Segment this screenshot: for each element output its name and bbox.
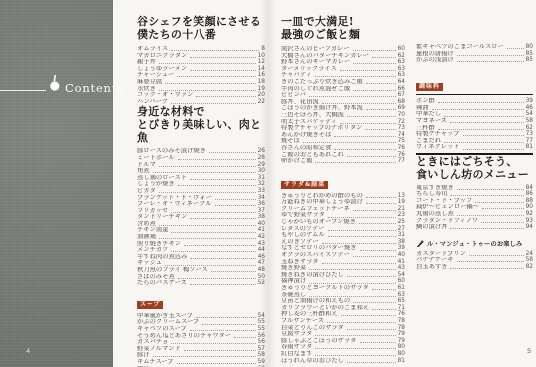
recipe-title: もやしのナムル [281, 232, 325, 239]
recipe-title: 豚丼、花田流 [281, 99, 319, 106]
toc-list-treats: カスタードプリン24バナナケーキ58白玉あずき82 [416, 251, 533, 271]
toc-item: バナナケーキ58 [416, 257, 533, 264]
toc-item: 焼きねぎの漬けびたし54 [281, 272, 405, 279]
dotted-leader [366, 203, 396, 204]
toc-item: ターメリックライス63 [281, 66, 405, 73]
page-number: 67 [398, 92, 405, 99]
recipe-title: 水炊き [137, 86, 156, 93]
dotted-leader [366, 109, 396, 110]
toc-item: ポン酢39 [416, 98, 533, 105]
dotted-leader [353, 63, 395, 64]
toc-item: 豚ロースのみそ漬け焼き26 [137, 148, 265, 155]
page-number: 77 [526, 138, 533, 145]
dotted-leader [159, 192, 256, 193]
dotted-leader [328, 217, 396, 218]
dotted-leader [315, 348, 395, 349]
recipe-title: ドルマ [137, 162, 156, 169]
dotted-leader [372, 309, 395, 310]
toc-item: もやしのナムル31 [281, 232, 405, 239]
recipe-title: 豚汁 [137, 352, 150, 359]
toc-item: 野菜ノルマンド57 [137, 346, 265, 353]
toc-list-specialties: オムライス8マカロニグラタン10親子丼12しょうゆラーメン14チャーシュー16麻… [137, 46, 265, 105]
page-number: 60 [398, 278, 405, 285]
dotted-leader [444, 116, 523, 117]
page-number: 94 [526, 224, 533, 231]
toc-item: ヴィネグレット81 [416, 144, 533, 151]
page-number: 21 [398, 206, 405, 213]
dotted-leader [309, 96, 396, 97]
toc-item: 牛すね肉の煮込み46 [137, 254, 265, 261]
section-title-specialties: 谷シェフを笑顔にさせる 僕たちの十八番 [137, 15, 265, 41]
page-number: 76 [398, 152, 405, 159]
toc-item: 麻婆豆腐18 [137, 79, 265, 86]
page-number: 69 [398, 105, 405, 112]
page-number: 19 [398, 199, 405, 206]
recipe-title: かぶの浅漬け [416, 57, 454, 64]
recipe-title: 蒸し鶏のロースト [137, 175, 187, 182]
toc-item: マカロニグラタン10 [137, 53, 265, 60]
recipe-title: ピカタ [137, 188, 156, 195]
page-number: 63 [398, 59, 405, 66]
toc-item: 丸鶏の蒸し煮92 [416, 211, 533, 218]
left-page-number: 4 [26, 347, 30, 355]
section-title-line: 谷シェフを笑顔にさせる [137, 15, 261, 28]
toc-item: 押し麦の三杯酢和え76 [281, 311, 405, 318]
page-number: 16 [258, 72, 265, 79]
toc-item: 春雨サラダ80 [281, 344, 405, 351]
recipe-title: 白菜とりんごのサラダ [281, 325, 344, 332]
section-title-line: 食いしん坊のメニュー [416, 168, 529, 181]
recipe-title: 中華風かき玉スープ [137, 313, 193, 320]
toc-item: グラタン・ドフィノワ93 [416, 218, 533, 225]
dotted-leader [507, 48, 524, 49]
recipe-title: 豆苗と油揚げの和えもの [281, 298, 350, 305]
page-number: 10 [258, 53, 265, 60]
recipe-title: オムライス [137, 46, 168, 53]
recipe-title: きゅうりとヨーグルトのサラダ [281, 285, 369, 292]
recipe-title: ごまだれ [416, 138, 441, 145]
recipe-title: 野菜ノルマンド [137, 346, 181, 353]
section-title-line: 最強のご飯と麺 [281, 28, 360, 41]
page-number: 81 [398, 358, 405, 365]
recipe-title: クリームフェットチーネ [281, 206, 350, 213]
recipe-title: ゆで野菜サラダ [281, 212, 325, 219]
toc-item: 含め煮40 [137, 221, 265, 228]
page-number: 36 [258, 201, 265, 208]
page-number: 29 [258, 162, 265, 169]
recipe-title: 焼そば [281, 138, 300, 145]
page-number: 39 [526, 98, 533, 105]
recipe-title: 蓮根の唐揚げ [416, 51, 454, 58]
page-number: 77 [398, 158, 405, 165]
recipe-title: 特製ケチャップ [416, 131, 460, 138]
recipe-title: 茶碗蒸し [281, 292, 306, 299]
recipe-title: 押し麦の三杯酢和え [281, 311, 338, 318]
treats-label: ル・マンジュ・トゥーのお楽しみ [427, 239, 522, 248]
toc-list-soup: 中華風かき玉スープ54かぶのクリームスープ55キャベツのスープ55そうめん瓜とあ… [137, 313, 265, 367]
dotted-leader [171, 251, 255, 252]
dotted-leader [353, 302, 395, 303]
recipe-title: 油淋鶏 [137, 234, 156, 241]
dotted-leader [165, 265, 256, 266]
recipe-title: 白玉あずき [416, 264, 447, 271]
section-title-meat-fish: 身近な材料で とびきり美味しい、肉と魚 [137, 105, 265, 144]
page-number: 78 [398, 325, 405, 332]
page-number: 33 [258, 188, 265, 195]
recipe-title: コック・オ・ヴァン [137, 92, 193, 99]
dotted-leader [322, 243, 396, 244]
right-page-number: 5 [527, 347, 531, 355]
recipe-title: 牛肉のしぐれ煮混ぜご飯 [281, 86, 350, 93]
dotted-leader [309, 283, 395, 284]
cover-photo [0, 0, 113, 367]
dotted-leader [432, 109, 524, 110]
page-number: 58 [258, 352, 265, 359]
dotted-leader [359, 223, 396, 224]
dotted-leader [190, 330, 256, 331]
dotted-leader [171, 50, 259, 51]
book-spread: Contents 4 5 谷シェフを笑顔にさせる 僕たちの十八番 オムライス8マ… [0, 0, 536, 367]
toc-item: 秋刀魚のフライ 梅ソース48 [137, 267, 265, 274]
dotted-leader [234, 337, 255, 338]
page-number: 93 [526, 218, 533, 225]
page-number: 59 [258, 359, 265, 366]
dotted-leader [463, 135, 524, 136]
toc-item: チキン南蛮41 [137, 227, 265, 234]
page-number: 80 [398, 351, 405, 358]
page-number: 40 [398, 252, 405, 259]
page-number: 14 [258, 66, 265, 73]
recipe-title: しょうゆラーメン [137, 66, 187, 73]
toc-item: 豚汁58 [137, 352, 265, 359]
toc-item: 白菜とりんごのサラダ78 [281, 325, 405, 332]
section-title-line: とびきり美味しい、肉と魚 [137, 118, 261, 144]
page-number: 19 [258, 86, 265, 93]
toc-list-salad-continued: 紫キャベツのごまコールスロー80蓮根の唐揚げ85かぶの浅漬け85 [416, 44, 533, 64]
page-number: 30 [258, 168, 265, 175]
toc-item: なすとセロリのバター焼き39 [281, 245, 405, 252]
toc-item: しょうが焼き32 [137, 181, 265, 188]
dotted-leader [334, 136, 395, 137]
dotted-leader [215, 199, 256, 200]
dotted-leader [196, 96, 255, 97]
toc-item: ブランケット・ド・ヴォー34 [137, 195, 265, 202]
page-number: 70 [398, 112, 405, 119]
toc-item: ドルマ29 [137, 162, 265, 169]
toc-item: ちらし寿司86 [416, 191, 533, 198]
page-number: 54 [398, 272, 405, 279]
dotted-leader [469, 255, 524, 256]
soup-section-label: スープ [137, 301, 163, 309]
page-number: 44 [258, 247, 265, 254]
toc-item: 玉ねぎサラダ41 [281, 259, 405, 266]
page-number: 80 [398, 344, 405, 351]
toc-item: 三杯酢62 [416, 125, 533, 132]
page-number: 75 [398, 138, 405, 145]
recipe-title: 豆腐サラダ [281, 331, 312, 338]
seasoning-top-rule [416, 94, 533, 96]
contents-label: Contents [65, 81, 124, 95]
recipe-title: ヴィネグレット [416, 144, 460, 151]
recipe-title: 鯛の漬け丼 [416, 224, 447, 231]
pen-icon [416, 239, 425, 248]
toc-item: ゆで野菜サラダ23 [281, 212, 405, 219]
toc-item: ピカタ33 [137, 188, 265, 195]
toc-item: チャーシュー16 [137, 72, 265, 79]
toc-item: 豚しゃぶとごぼうのサラダ79 [281, 338, 405, 345]
recipe-title: 東京すき焼き [416, 185, 454, 192]
toc-item: タンドリーチキン38 [137, 214, 265, 221]
recipe-title: 福神漬け [281, 278, 306, 285]
dotted-leader [190, 57, 255, 58]
dotted-leader [366, 197, 396, 198]
dotted-leader [438, 102, 524, 103]
page-number: 71 [398, 305, 405, 312]
recipe-title: 万能ねぎの中華しょうゆ漬け [281, 199, 363, 206]
left-column: 谷シェフを笑顔にさせる 僕たちの十八番 オムライス8マカロニグラタン10親子丼1… [137, 0, 265, 367]
toc-item: ほうれん草のおひたし81 [281, 358, 405, 365]
dotted-leader [360, 342, 396, 343]
page-number: 28 [258, 155, 265, 162]
toc-item: 豚丼、花田流68 [281, 99, 405, 106]
page-number: 13 [398, 193, 405, 200]
page-number: 57 [258, 346, 265, 353]
right-column: 紫キャベツのごまコールスロー80蓮根の唐揚げ85かぶの浅漬け85 調味料 ポン酢… [416, 0, 533, 270]
toc-item: そうめん瓜とあさりのチャウダー56 [137, 333, 265, 340]
dotted-leader [196, 317, 256, 318]
toc-item: 蒸し鶏のロースト31 [137, 175, 265, 182]
page-number: 54 [258, 313, 265, 320]
saucepan-icon [48, 75, 62, 93]
page-number: 18 [258, 79, 265, 86]
recipe-title: ポン酢 [416, 98, 435, 105]
recipe-title: 紅白なます [281, 351, 312, 358]
recipe-title: あんかけ焼きそば [281, 132, 331, 139]
page-number: 39 [398, 245, 405, 252]
dotted-leader [159, 90, 256, 91]
page-number: 42 [258, 234, 265, 241]
dotted-leader [372, 289, 396, 290]
recipe-title: チャパティ [281, 72, 312, 79]
toc-item: 豆苗と油揚げの和えもの65 [281, 298, 405, 305]
section-title-line: 僕たちの十八番 [137, 28, 216, 41]
recipe-title: ちらし寿司 [416, 191, 447, 198]
recipe-title: 秋刀魚のフライ 梅ソース [137, 267, 208, 274]
page-number: 34 [258, 195, 265, 202]
recipe-title: ブルサンチーズ [281, 318, 324, 325]
page-number: 55 [258, 319, 265, 326]
page-number: 38 [398, 239, 405, 246]
dotted-leader [178, 185, 256, 186]
page-number: 62 [398, 53, 405, 60]
page-number: 62 [526, 125, 533, 132]
page-number: 12 [258, 59, 265, 66]
recipe-title: 含め煮 [137, 221, 156, 228]
recipe-title: 丸鶏の蒸し煮 [416, 211, 454, 218]
dotted-leader [328, 230, 396, 231]
toc-item: 焼そば75 [281, 138, 405, 145]
page-number: 79 [398, 331, 405, 338]
page-number: 50 [258, 274, 265, 281]
recipe-title: フリカッセ [137, 208, 168, 215]
dotted-leader [153, 172, 256, 173]
dotted-leader [450, 195, 523, 196]
toc-item: ガスパチョ56 [137, 339, 265, 346]
dotted-leader [190, 258, 255, 259]
dotted-leader [177, 363, 256, 364]
toc-item: ミートボール28 [137, 155, 265, 162]
dotted-leader [171, 103, 256, 104]
toc-item: きゅうりとわかめの酢のもの13 [281, 193, 405, 200]
dotted-leader [353, 256, 396, 257]
recipe-title: プーレ・オ・ヴィネーグル [137, 201, 212, 208]
header-rule [0, 90, 46, 91]
recipe-title: チャーシュー [137, 72, 174, 79]
recipe-title: キャベツのスープ [137, 326, 187, 333]
page-number: 88 [526, 198, 533, 205]
dotted-leader [347, 362, 396, 363]
toc-item: 特製ケチャップのナポリタン73 [281, 125, 405, 132]
page-number: 65 [398, 298, 405, 305]
recipe-title: マカロニグラタン [137, 53, 187, 60]
dotted-leader [159, 63, 256, 64]
toc-item: 万能ねぎの中華しょうゆ漬け19 [281, 199, 405, 206]
toc-item: 茶碗蒸し63 [281, 292, 405, 299]
dotted-leader [190, 284, 256, 285]
recipe-title: メンチカツ [137, 247, 168, 254]
page-number: 64 [398, 79, 405, 86]
middle-column: 一皿で大満足! 最強のご飯と麺 滝沢さんのビーフカレー60大橋さんのバターチキン… [281, 0, 405, 364]
recipe-title: 紫キャベツのごまコールスロー [416, 44, 504, 51]
dotted-leader [190, 70, 256, 71]
section-title-line: 身近な材料で [137, 105, 205, 118]
toc-item: 特製ケチャップ73 [416, 131, 533, 138]
toc-item: しょうゆラーメン14 [137, 66, 265, 73]
page-number: 72 [398, 119, 405, 126]
recipe-title: 扁炉〜ピェンロー鍋〜 [416, 204, 479, 211]
page-number: 23 [398, 212, 405, 219]
dotted-leader [171, 232, 255, 233]
recipe-title: 春雨サラダ [281, 344, 312, 351]
toc-item: カスタードプリン24 [416, 251, 533, 258]
toc-item: カリフラワーといかのごま和え71 [281, 305, 405, 312]
toc-item: ごぼうのかき揚げ丼、野本流69 [281, 105, 405, 112]
page-number: 84 [526, 185, 533, 192]
toc-item: 大橋さんのバターチキンカレー62 [281, 53, 405, 60]
recipe-title: 三色そぼろ丼、大橋流 [281, 112, 344, 119]
toc-item: コート・ド・ブッフ88 [416, 198, 533, 205]
page-number: 63 [398, 66, 405, 73]
seasoning-section-label: 調味料 [416, 83, 443, 91]
recipe-title: そうめん瓜とあさりのチャウダー [137, 333, 231, 340]
page-number: 31 [258, 175, 265, 182]
recipe-title: コート・ド・ブッフ [416, 198, 472, 205]
contents-header: Contents [0, 74, 150, 102]
page-number: 63 [398, 72, 405, 79]
page-number: 63 [398, 292, 405, 299]
recipe-title: さばのみそ煮 [137, 274, 175, 281]
recipe-title: 角煮 [137, 168, 150, 175]
page-number: 8 [261, 46, 265, 53]
dotted-leader [475, 202, 523, 203]
toc-item: 扁炉〜ピェンロー鍋〜90 [416, 204, 533, 211]
recipe-title: たらのバスケーズ [137, 280, 187, 287]
recipe-title: 特製ケチャップのナポリタン [281, 125, 362, 132]
treats-label-row: ル・マンジュ・トゥーのお楽しみ [416, 239, 533, 248]
recipe-title: 三杯酢 [416, 125, 435, 132]
toc-item: ご飯のおともあれこれ76 [281, 152, 405, 159]
dotted-leader [171, 212, 256, 213]
page-number: 32 [258, 181, 265, 188]
toc-item: マヨネーズ58 [416, 118, 533, 125]
page-number: 52 [258, 280, 265, 287]
toc-list-feast: 東京すき焼き84ちらし寿司86コート・ド・ブッフ88扁炉〜ピェンロー鍋〜90丸鶏… [416, 185, 533, 231]
page-number: 31 [398, 232, 405, 239]
toc-item: 東京すき焼き84 [416, 185, 533, 192]
toc-item: たらのバスケーズ52 [137, 280, 265, 287]
toc-item: チャパティ63 [281, 72, 405, 79]
recipe-title: ガスパチョ [137, 339, 168, 346]
toc-item: レタスのソテー27 [281, 226, 405, 233]
toc-item: 親子丼12 [137, 59, 265, 66]
toc-item: 紅白なます80 [281, 351, 405, 358]
recipe-title: カリフラワーといかのごま和え [281, 305, 369, 312]
toc-item: 紫キャベツのごまコールスロー80 [416, 44, 533, 51]
recipe-title: しょうが焼き [137, 181, 175, 188]
page-number: 85 [526, 57, 533, 64]
toc-item: 水炊き19 [137, 86, 265, 93]
recipe-title: 辣油 [416, 105, 429, 112]
dotted-leader [315, 162, 395, 163]
recipe-title: カスタードプリン [416, 251, 466, 258]
dotted-leader [481, 222, 523, 223]
page-number: 90 [526, 204, 533, 211]
page-number: 43 [398, 265, 405, 272]
toc-list-seasoning: ポン酢39辣油46中華だし54マヨネーズ58三杯酢62特製ケチャップ73ごまだれ… [416, 98, 533, 151]
toc-item: 角煮30 [137, 168, 265, 175]
dotted-leader [184, 245, 256, 246]
dotted-leader [309, 296, 395, 297]
recipe-title: グラタン・ドフィノワ [416, 218, 478, 225]
page-number: 41 [258, 227, 265, 234]
toc-item: 油淋鶏42 [137, 234, 265, 241]
toc-item: 中華だし54 [416, 111, 533, 118]
dotted-leader [202, 324, 255, 325]
toc-item: クリームフェットチーネ21 [281, 206, 405, 213]
dotted-leader [322, 103, 396, 104]
toc-item: 牛肉のしぐれ煮混ぜご飯66 [281, 86, 405, 93]
page-number: 86 [526, 191, 533, 198]
toc-item: 中華風かき玉スープ54 [137, 313, 265, 320]
recipe-title: ほうれん草のおひたし [281, 358, 344, 365]
section-title-line: 一皿で大満足! [281, 15, 354, 28]
toc-item: あんかけ焼きそば74 [281, 132, 405, 139]
dotted-leader [438, 129, 524, 130]
toc-item: キッシュ47 [137, 260, 265, 267]
dotted-leader [457, 261, 524, 262]
toc-item: キムチスープ59 [137, 359, 265, 366]
toc-item: 福神漬け60 [281, 278, 405, 285]
page-number: 73 [398, 125, 405, 132]
dotted-leader [457, 189, 524, 190]
toc-item: メンチカツ44 [137, 247, 265, 254]
dotted-leader [211, 271, 256, 272]
recipe-title: 焼きねぎの漬けびたし [281, 272, 344, 279]
toc-item: 滝沢さんのビーフカレー60 [281, 46, 405, 53]
dotted-leader [159, 238, 256, 239]
page-number: 56 [258, 333, 265, 340]
recipe-title: えのきソテー [281, 239, 319, 246]
